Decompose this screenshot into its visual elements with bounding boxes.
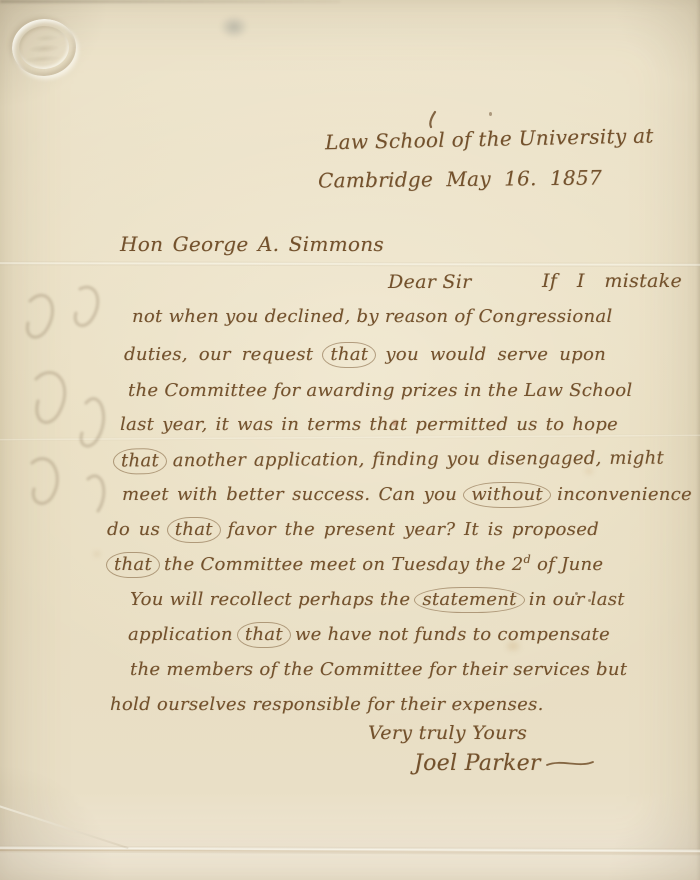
superscript-ordinal: d (523, 553, 530, 566)
ink-speck (489, 112, 492, 116)
foxing-stain (90, 548, 104, 560)
circled-word: that (167, 517, 221, 543)
body-line-9: You will recollect perhaps the statement… (130, 589, 607, 612)
body-line-2: duties, our request that you would serve… (124, 344, 606, 367)
gray-smudge-stain (214, 11, 254, 43)
body-line-3: the Committee for awarding prizes in the… (128, 380, 620, 403)
circled-word: that (237, 622, 291, 648)
heading-line-1: Law School of the University at (325, 124, 640, 156)
circled-word: that (322, 342, 376, 368)
body-text: you would serve upon (374, 344, 606, 365)
heading-line-2: Cambridge May 16. 1857 (318, 166, 602, 194)
body-text: meet with better success. Can you (122, 484, 465, 505)
body-text: application (128, 624, 239, 645)
body-text: the Committee meet on Tuesday the 2 (158, 554, 523, 575)
body-text: hold ourselves responsible for their exp… (110, 694, 544, 715)
circled-word: that (106, 552, 160, 578)
signature: Joel Parker (414, 751, 541, 776)
circled-word: that (113, 448, 167, 474)
body-text: duties, our request (124, 344, 324, 365)
corner-crease (0, 801, 129, 849)
paper-top-edge-shadow (0, 0, 340, 3)
signature-line: Joel Parker (414, 750, 595, 778)
letter-page: Law School of the University at Cambridg… (0, 0, 700, 880)
body-text: inconvenience (549, 484, 692, 505)
circled-word: statement (414, 587, 524, 613)
recipient-line: Hon George A. Simmons (120, 232, 384, 257)
body-line-1: not when you declined, by reason of Cong… (132, 306, 566, 329)
closing-line: Very truly Yours (368, 722, 527, 746)
body-text: not when you declined, by reason of Cong… (132, 306, 613, 327)
body-line-8: that the Committee meet on Tuesday the 2… (108, 553, 593, 577)
circled-word: without (463, 482, 551, 508)
body-text: last year, it was in terms that permitte… (120, 414, 618, 435)
body-text: the Committee for awarding prizes in the… (128, 380, 632, 401)
embossed-seal-icon (10, 17, 78, 78)
body-text: favor the present year? It is proposed (219, 519, 599, 540)
body-text: of June (531, 554, 603, 575)
body-line-5: that another application, finding you di… (115, 448, 664, 473)
signature-flourish-icon (545, 758, 595, 770)
body-line-11: the members of the Committee for their s… (130, 659, 600, 682)
body-text: another application, finding you disenga… (165, 448, 664, 472)
paper-right-edge-shadow (696, 0, 700, 880)
body-text: You will recollect perhaps the (130, 589, 416, 610)
fold-crease-top (0, 261, 700, 267)
body-line-6: meet with better success. Can you withou… (122, 484, 692, 507)
body-text: we have not funds to compensate (289, 624, 610, 645)
body-text: do us (107, 519, 169, 540)
body-line-4: last year, it was in terms that permitte… (120, 414, 618, 437)
body-text: the members of the Committee for their s… (130, 659, 627, 680)
below-fold-highlight (0, 851, 700, 880)
body-line-7: do us that favor the present year? It is… (107, 519, 599, 542)
body-line-10: application that we have not funds to co… (128, 624, 610, 647)
opening-phrase: If I mistake (542, 270, 682, 294)
salutation: Dear Sir (388, 271, 472, 295)
bleed-through-ink (2, 283, 114, 545)
fold-crease-bottom (0, 845, 700, 855)
body-line-12: hold ourselves responsible for their exp… (110, 694, 544, 717)
body-text: in our last (523, 589, 625, 610)
